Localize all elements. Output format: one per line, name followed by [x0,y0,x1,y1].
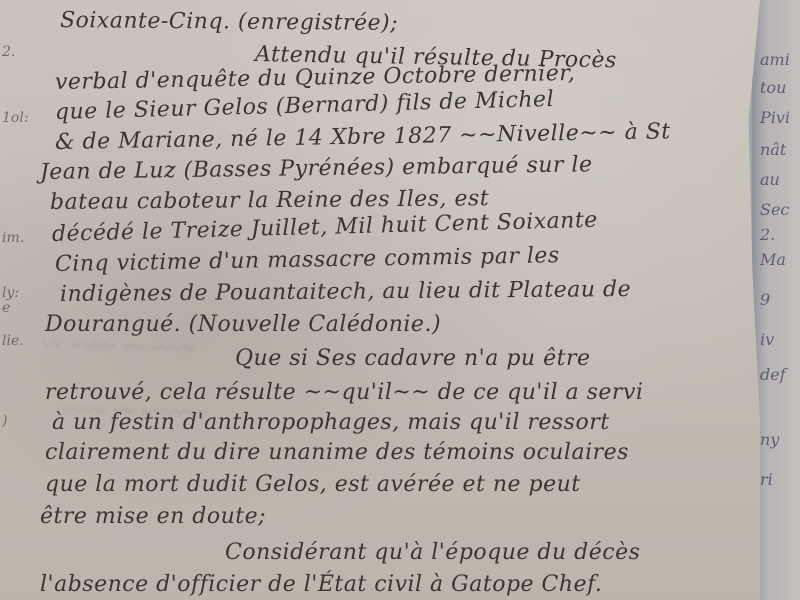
margin-note: ) [2,413,7,429]
margin-note: ly: [2,285,19,301]
text-line: clairement du dire unanime des témoins o… [45,440,629,465]
margin-note: 2. [2,44,15,60]
text-line: indigènes de Pouantaitech, au lieu dit P… [60,277,631,307]
text-line: à un festin d'anthropophages, mais qu'il… [52,410,610,435]
adjacent-fragment: ami [760,50,790,69]
adjacent-fragment: Sec [760,200,789,219]
text-line: Jean de Luz (Basses Pyrénées) embarqué s… [40,152,593,185]
adjacent-fragment: 2. [760,225,775,244]
adjacent-fragment: ri [760,470,773,489]
adjacent-fragment: Pivi [760,108,790,127]
margin-note: im. [2,230,24,246]
text-line: retrouvé, cela résulte ~~qu'il~~ de ce q… [45,380,643,405]
text-line: Cinq victime d'un massacre commis par le… [55,243,560,277]
margin-note: lie. [2,333,24,349]
margin-note: e [2,300,10,316]
adjacent-fragment: def [760,365,786,384]
text-line: que la mort dudit Gelos, est avérée et n… [45,472,581,497]
document-page: 〰 〰〰 〰 〰〰 〰〰 〰 〰〰〰 2. 1ol: im. ly: e lie… [0,0,760,600]
adjacent-fragment: 9 [760,290,770,309]
text-line: l'absence d'officier de l'État civil à G… [40,572,602,597]
text-line: Considérant qu'à l'époque du décès [225,540,640,565]
adjacent-fragment: nât [760,140,786,159]
adjacent-fragment: tou [760,78,786,97]
adjacent-fragment: au [760,170,780,189]
adjacent-fragment: ny [760,430,779,449]
text-line: être mise en doute; [40,504,266,529]
margin-note: 1ol: [2,110,29,126]
text-line: Soixante-Cinq. (enregistrée); [60,8,398,36]
text-line: Que si Ses cadavre n'a pu être [235,346,590,371]
adjacent-fragment: Ma [760,250,786,269]
text-line: & de Mariane, né le 14 Xbre 1827 ~~Nivel… [55,119,671,155]
text-line: bateau caboteur la Reine des Iles, est [50,186,489,215]
adjacent-fragment: iv [760,330,774,349]
text-line: Dourangué. (Nouvelle Calédonie.) [45,312,441,337]
